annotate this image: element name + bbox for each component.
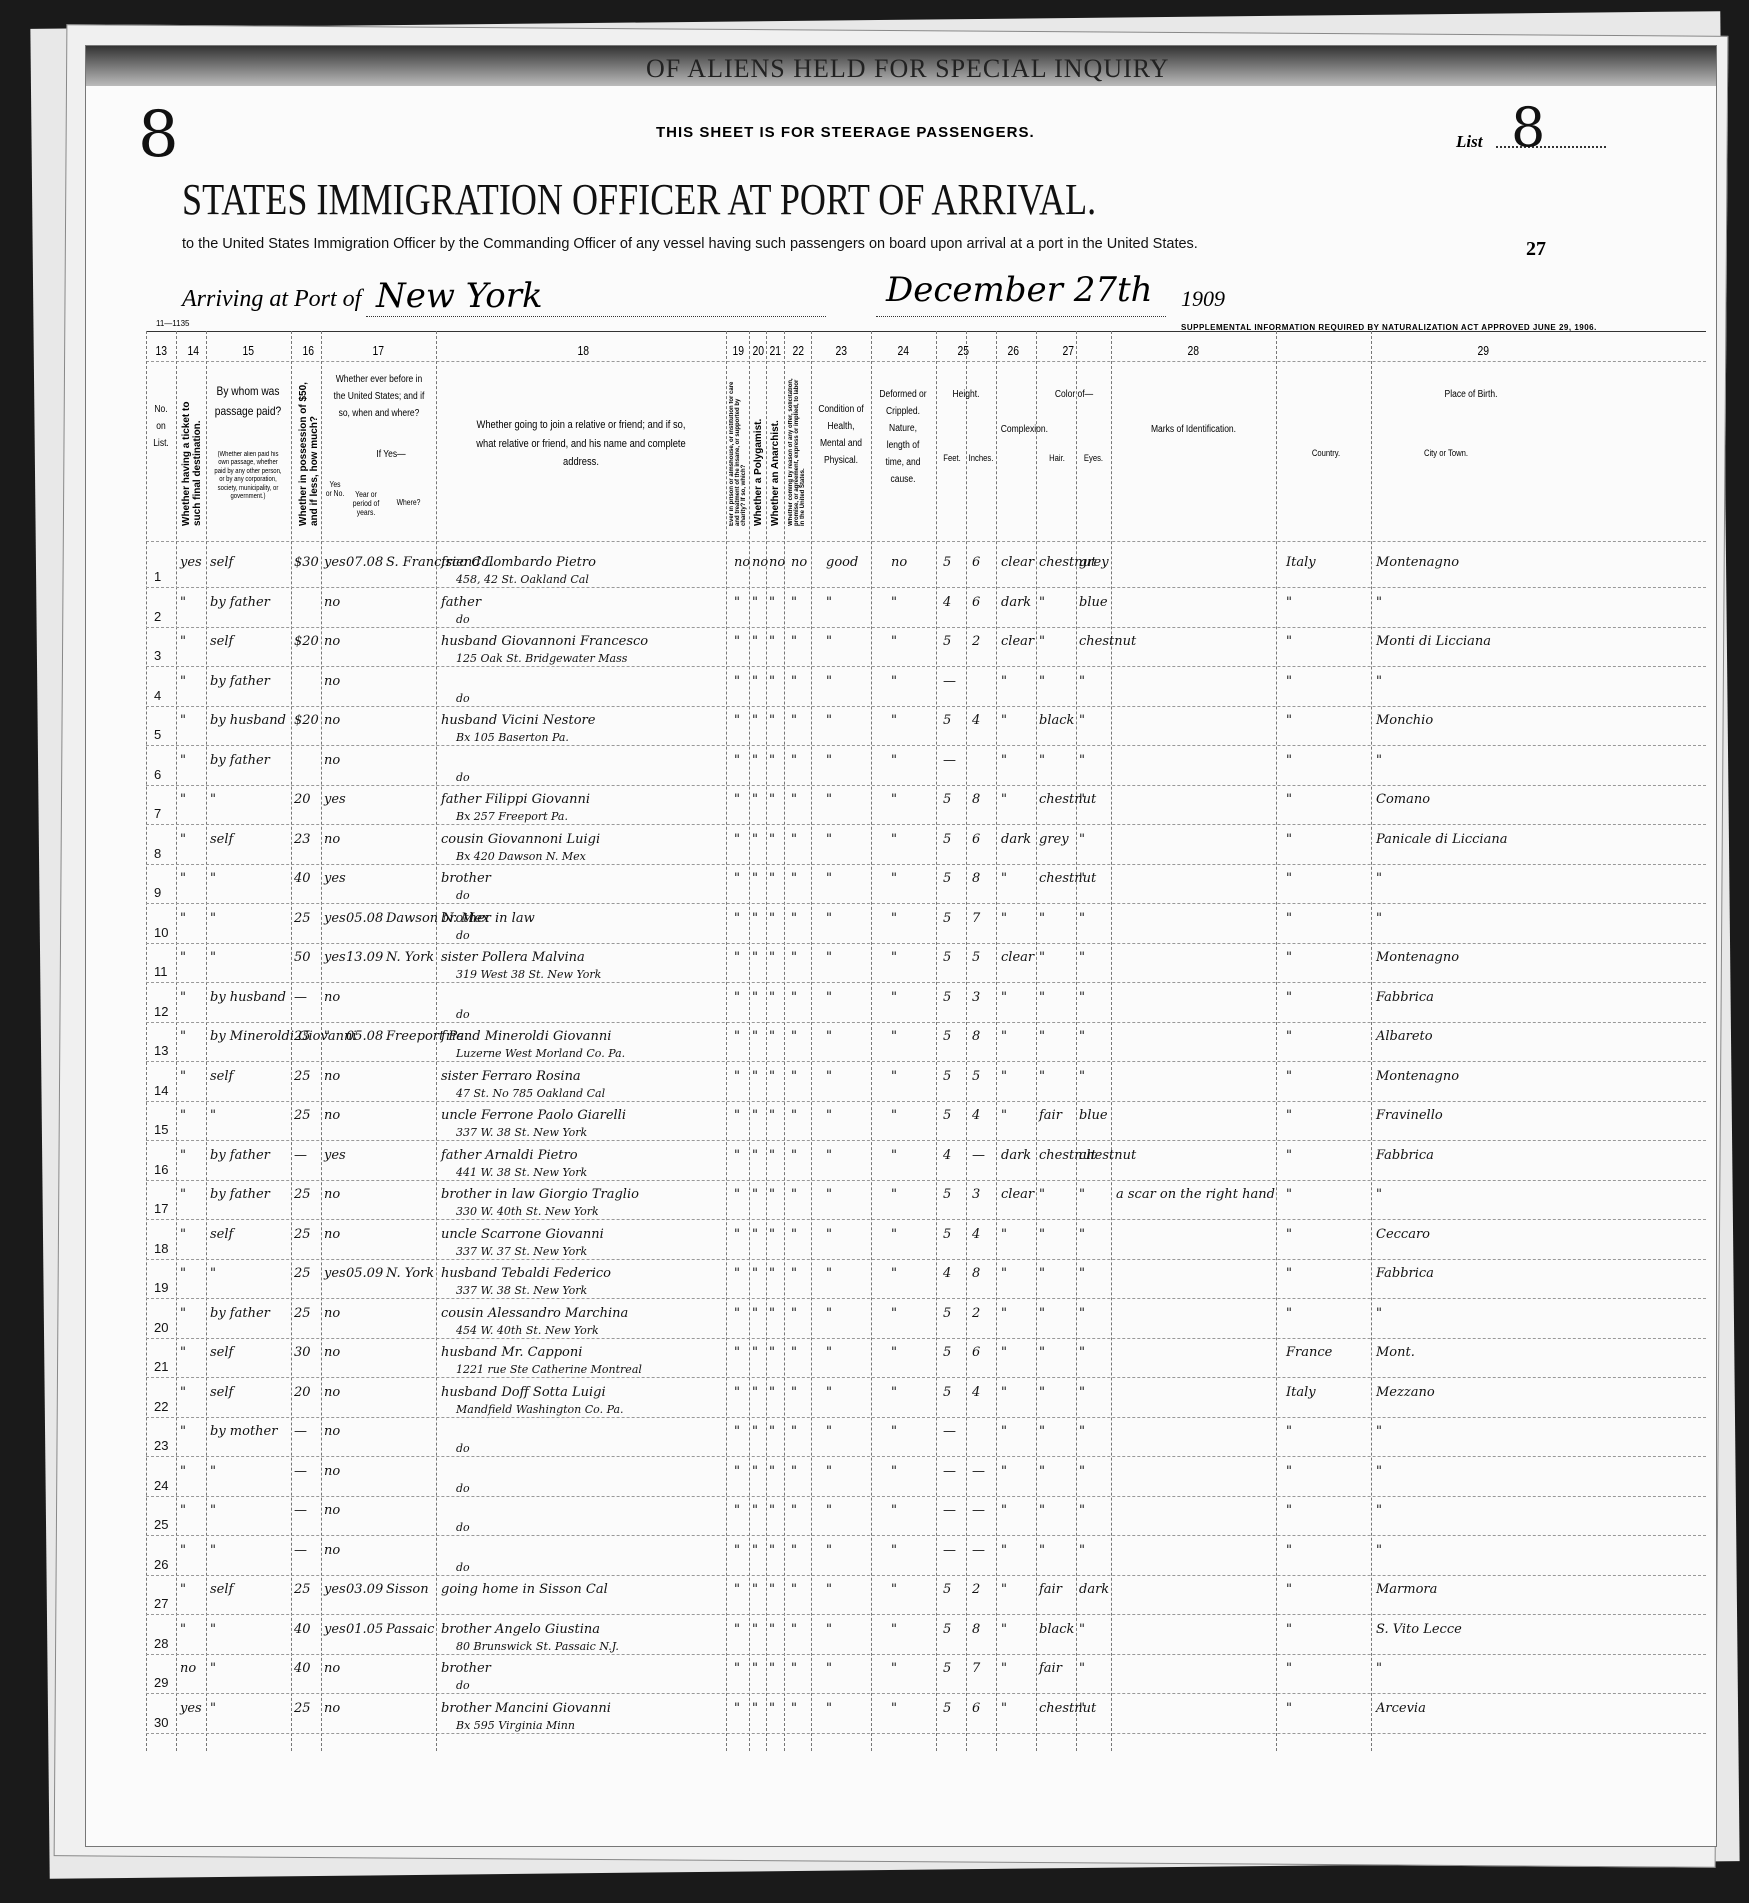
cell-eyes: " [1079, 1069, 1085, 1084]
cell-c22: " [791, 832, 797, 847]
cell-c21: " [769, 1029, 775, 1044]
cell-relative: husband Giovannoni Francesco [441, 634, 648, 649]
table-row: 9""40yesbrother""""""58"chestnut"""do [146, 865, 1706, 903]
cell-ticket: " [180, 792, 186, 807]
cell-paid: by father [210, 1187, 270, 1202]
table-row: 17"by father25nobrother in law Giorgio T… [146, 1181, 1706, 1219]
cell-deformed: " [891, 634, 897, 649]
cell-city: Albareto [1376, 1029, 1433, 1044]
cell-c20: " [752, 634, 758, 649]
cell-c20: " [752, 1503, 758, 1518]
cell-complexion: dark [1001, 832, 1031, 847]
cell-deformed: " [891, 1069, 897, 1084]
cell-inches: 8 [972, 871, 980, 886]
cell-c22: " [791, 1187, 797, 1202]
table-row: 29no"40nobrother""""""57"fair"""do [146, 1655, 1706, 1693]
cell-inches: 7 [972, 911, 980, 926]
cell-c22: " [791, 1266, 797, 1281]
cell-hair: " [1039, 1464, 1045, 1479]
cell-paid: by father [210, 674, 270, 689]
cell-country: " [1286, 832, 1292, 847]
colnum-18: 18 [577, 343, 589, 358]
cell-c19: " [734, 792, 740, 807]
cell-money: 40 [294, 1622, 311, 1637]
cell-before: no [324, 1345, 340, 1360]
cell-relative: father Filippi Giovanni [441, 792, 590, 807]
cell-feet: 5 [943, 1227, 951, 1242]
header-divider [146, 541, 1706, 542]
header-eyes: Eyes. [1079, 451, 1109, 466]
cell-ticket: " [180, 1029, 186, 1044]
cell-c22: " [791, 1069, 797, 1084]
cell-c22: " [791, 1701, 797, 1716]
cell-inches: 4 [972, 713, 980, 728]
cell-no: 19 [154, 1280, 168, 1295]
cell-feet: 5 [943, 1345, 951, 1360]
cell-inches: 8 [972, 1622, 980, 1637]
cell-ticket: " [180, 1108, 186, 1123]
cell-c19: " [734, 832, 740, 847]
header-color-of: Color of— [1043, 386, 1104, 403]
cell-health: " [826, 1385, 832, 1400]
cell-complexion: dark [1001, 1148, 1031, 1163]
cell-c22: " [791, 1385, 797, 1400]
cell-c19: " [734, 1622, 740, 1637]
year-value: 1909 [1181, 286, 1225, 312]
cell-money: 25 [294, 1227, 311, 1242]
cell-city: " [1376, 1543, 1382, 1558]
cell-city: " [1376, 753, 1382, 768]
cell-deformed: " [891, 595, 897, 610]
cell-address: 1221 rue Ste Catherine Montreal [456, 1363, 642, 1376]
cell-address: Bx 420 Dawson N. Mex [456, 850, 586, 863]
cell-complexion: " [1001, 1424, 1007, 1439]
cell-before: no [324, 713, 340, 728]
cell-c19: " [734, 1543, 740, 1558]
cell-hair: " [1039, 1503, 1045, 1518]
cell-c20: " [752, 753, 758, 768]
cell-eyes: " [1079, 1701, 1085, 1716]
cell-ticket: no [180, 1661, 196, 1676]
cell-hair: chestnut [1039, 1701, 1096, 1716]
cell-money: — [294, 1424, 307, 1439]
cell-country: " [1286, 595, 1292, 610]
cell-money: 25 [294, 1187, 311, 1202]
cell-inches: 6 [972, 832, 980, 847]
cell-city: Montenagno [1376, 1069, 1459, 1084]
colnum-26: 26 [1007, 343, 1019, 358]
manifest-table: SUPPLEMENTAL INFORMATION REQUIRED BY NAT… [146, 331, 1706, 1751]
cell-ticket: " [180, 1464, 186, 1479]
cell-feet: 5 [943, 1622, 951, 1637]
cell-no: 3 [154, 648, 161, 663]
table-row: 27"self25yes03.09Sissongoing home in Sis… [146, 1576, 1706, 1614]
header-feet: Feet. [940, 451, 964, 466]
cell-hair: " [1039, 1187, 1045, 1202]
cell-eyes: " [1079, 1622, 1085, 1637]
row-divider [146, 1733, 1706, 1734]
cell-c22: " [791, 1543, 797, 1558]
cell-c19: " [734, 595, 740, 610]
cell-before: yes [324, 792, 346, 807]
cell-money: 25 [294, 1108, 311, 1123]
cell-inches: 6 [972, 555, 980, 570]
cell-c19: " [734, 1069, 740, 1084]
cell-relative: friend Mineroldi Giovanni [441, 1029, 611, 1044]
cell-country: " [1286, 1543, 1292, 1558]
cell-no: 27 [154, 1596, 168, 1611]
cell-inches: 6 [972, 595, 980, 610]
cell-feet: — [943, 1464, 956, 1479]
table-row: 23"by mother—no""""""—"""""do [146, 1418, 1706, 1456]
cell-c20: " [752, 1424, 758, 1439]
cell-before: no [324, 1424, 340, 1439]
cell-paid: by father [210, 595, 270, 610]
date-underline [876, 316, 1166, 317]
header-anarchist: Whether an Anarchist. [770, 376, 781, 526]
cell-c22: " [791, 1622, 797, 1637]
cell-no: 13 [154, 1043, 168, 1058]
cell-country: " [1286, 1464, 1292, 1479]
cell-deformed: " [891, 1385, 897, 1400]
cell-address: do [456, 1561, 470, 1574]
cell-inches: 4 [972, 1108, 980, 1123]
cell-c19: " [734, 1582, 740, 1597]
cell-eyes: " [1079, 1543, 1085, 1558]
table-row: 2"by fathernofather""""""46dark"blue""do [146, 589, 1706, 627]
cell-feet: 5 [943, 990, 951, 1005]
cell-c21: " [769, 1266, 775, 1281]
cell-year: 07.08 [346, 555, 383, 570]
cell-c19: " [734, 753, 740, 768]
header-inches: Inches. [968, 451, 994, 466]
cell-c22: " [791, 595, 797, 610]
table-row: 4"by fatherno""""""—"""""do [146, 668, 1706, 706]
cell-complexion: " [1001, 1661, 1007, 1676]
cell-eyes: blue [1079, 595, 1108, 610]
cell-c19: " [734, 950, 740, 965]
cell-eyes: " [1079, 1464, 1085, 1479]
cell-address: do [456, 889, 470, 902]
cell-money: 40 [294, 1661, 311, 1676]
cell-paid: " [210, 1661, 216, 1676]
cell-paid: self [210, 1582, 233, 1597]
cell-paid: by father [210, 1306, 270, 1321]
cell-money: 25 [294, 1306, 311, 1321]
cell-c20: " [752, 1069, 758, 1084]
cell-health: " [826, 1701, 832, 1716]
cell-inches: — [972, 1503, 985, 1518]
cell-eyes: dark [1079, 1582, 1109, 1597]
cell-no: 20 [154, 1320, 168, 1335]
cell-c21: " [769, 1661, 775, 1676]
cell-country: " [1286, 1266, 1292, 1281]
cell-before: no [324, 634, 340, 649]
cell-no: 10 [154, 925, 168, 940]
table-row: 11""50yes13.09N. Yorksister Pollera Malv… [146, 944, 1706, 982]
cell-c20: " [752, 1227, 758, 1242]
cell-before: no [324, 1503, 340, 1518]
cell-city: Fabbrica [1376, 990, 1434, 1005]
cell-country: " [1286, 1622, 1292, 1637]
cell-inches: 7 [972, 1661, 980, 1676]
cell-eyes: grey [1079, 555, 1109, 570]
cell-c19: " [734, 1701, 740, 1716]
cell-money: 23 [294, 832, 311, 847]
cell-deformed: " [891, 1029, 897, 1044]
cell-country: " [1286, 634, 1292, 649]
cell-c20: " [752, 595, 758, 610]
cell-health: " [826, 1306, 832, 1321]
cell-c22: " [791, 1582, 797, 1597]
cell-city: Marmora [1376, 1582, 1437, 1597]
cell-where: Passaic [386, 1622, 434, 1637]
cell-no: 2 [154, 609, 161, 624]
cell-health: " [826, 1345, 832, 1360]
table-row: 12"by husband—no""""""53""""Fabbricado [146, 984, 1706, 1022]
cell-health: " [826, 634, 832, 649]
cell-paid: by Mineroldi Giovanni [210, 1029, 357, 1044]
cell-complexion: " [1001, 713, 1007, 728]
cell-c22: " [791, 753, 797, 768]
cell-address: do [456, 613, 470, 626]
cell-country: " [1286, 1701, 1292, 1716]
cell-before: " [324, 1029, 330, 1044]
cell-address: Bx 257 Freeport Pa. [456, 810, 568, 823]
cell-deformed: " [891, 1108, 897, 1123]
cell-eyes: " [1079, 713, 1085, 728]
cell-c19: " [734, 1345, 740, 1360]
cell-health: " [826, 1266, 832, 1281]
cell-money: 25 [294, 1069, 311, 1084]
cell-complexion: " [1001, 911, 1007, 926]
cell-c22: " [791, 1661, 797, 1676]
cell-deformed: no [891, 555, 907, 570]
cell-c22: " [791, 792, 797, 807]
cell-deformed: " [891, 1622, 897, 1637]
cell-c21: " [769, 1424, 775, 1439]
cell-c22: " [791, 1108, 797, 1123]
cell-health: good [826, 555, 858, 570]
cell-c19: " [734, 1148, 740, 1163]
cell-c20: " [752, 1543, 758, 1558]
cell-money: 25 [294, 1701, 311, 1716]
header-where: Where? [389, 496, 427, 510]
table-row: 20"by father25nocousin Alessandro Marchi… [146, 1300, 1706, 1338]
cell-where: N. York [386, 1266, 434, 1281]
cell-c21: " [769, 1385, 775, 1400]
cell-no: 11 [154, 964, 168, 979]
cell-c22: " [791, 634, 797, 649]
list-number-right: 8 [1511, 96, 1545, 159]
cell-address: 441 W. 38 St. New York [456, 1166, 587, 1179]
cell-no: 4 [154, 688, 161, 703]
cell-no: 1 [154, 569, 161, 584]
cell-paid: " [210, 1503, 216, 1518]
cell-relative: father Arnaldi Pietro [441, 1148, 578, 1163]
manifest-sheet: OF ALIENS HELD FOR SPECIAL INQUIRY 8 THI… [85, 45, 1717, 1847]
cell-before: yes [324, 1148, 346, 1163]
cell-c20: " [752, 1108, 758, 1123]
list-number-left: 8 [138, 98, 179, 172]
cell-complexion: " [1001, 1266, 1007, 1281]
table-row: 3"self$20nohusband Giovannoni Francesco"… [146, 628, 1706, 666]
cell-deformed: " [891, 1227, 897, 1242]
cell-inches: — [972, 1148, 985, 1163]
table-row: 6"by fatherno""""""—"""""do [146, 747, 1706, 785]
cell-c21: " [769, 1148, 775, 1163]
cell-money: 50 [294, 950, 311, 965]
cell-address: 337 W. 38 St. New York [456, 1284, 587, 1297]
cell-country: " [1286, 871, 1292, 886]
cell-no: 22 [154, 1399, 168, 1414]
cell-paid: by husband [210, 990, 286, 1005]
cell-health: " [826, 1069, 832, 1084]
cell-hair: " [1039, 1306, 1045, 1321]
cell-no: 12 [154, 1004, 168, 1019]
cell-no: 15 [154, 1122, 168, 1137]
cell-inches: 2 [972, 1582, 980, 1597]
cell-no: 17 [154, 1201, 168, 1216]
header-relative-friend: Whether going to join a relative or frie… [466, 416, 696, 472]
cell-marks: a scar on the right hand [1116, 1187, 1275, 1202]
cell-health: " [826, 753, 832, 768]
cell-country: " [1286, 1306, 1292, 1321]
cell-ticket: " [180, 1622, 186, 1637]
cell-ticket: " [180, 753, 186, 768]
cell-feet: 5 [943, 911, 951, 926]
top-strip: OF ALIENS HELD FOR SPECIAL INQUIRY [86, 46, 1716, 86]
cell-complexion: " [1001, 753, 1007, 768]
cell-hair: chestnut [1039, 792, 1096, 807]
cell-ticket: yes [180, 1701, 202, 1716]
cell-c21: " [769, 713, 775, 728]
cell-money: — [294, 1464, 307, 1479]
table-row: 30yes"25nobrother Mancini Giovanni""""""… [146, 1695, 1706, 1733]
cell-no: 5 [154, 727, 161, 742]
cell-c22: " [791, 1424, 797, 1439]
header-passage-note: (Whether alien paid his own passage, whe… [214, 451, 282, 501]
cell-hair: fair [1039, 1582, 1062, 1597]
cell-year: 01.05 [346, 1622, 383, 1637]
cell-c21: " [769, 634, 775, 649]
cell-money: 20 [294, 1385, 311, 1400]
cell-address: do [456, 1521, 470, 1534]
cell-paid: self [210, 832, 233, 847]
cell-c20: " [752, 674, 758, 689]
cell-paid: by father [210, 753, 270, 768]
cell-deformed: " [891, 1582, 897, 1597]
cell-eyes: " [1079, 911, 1085, 926]
cell-before: yes [324, 911, 346, 926]
cell-before: no [324, 753, 340, 768]
cell-before: no [324, 1108, 340, 1123]
cell-country: " [1286, 1661, 1292, 1676]
cell-city: Fabbrica [1376, 1266, 1434, 1281]
cell-feet: 5 [943, 950, 951, 965]
cell-inches: 5 [972, 950, 980, 965]
cell-c22: " [791, 1503, 797, 1518]
cell-city: " [1376, 674, 1382, 689]
cell-health: " [826, 1029, 832, 1044]
cell-before: yes [324, 1622, 346, 1637]
cell-paid: self [210, 555, 233, 570]
cell-eyes: " [1079, 753, 1085, 768]
cell-year: 13.09 [346, 950, 383, 965]
cell-no: 29 [154, 1675, 168, 1690]
cell-ticket: " [180, 1266, 186, 1281]
header-country: Country. [1288, 446, 1365, 461]
colnum-29: 29 [1477, 343, 1489, 358]
cell-money: 25 [294, 1029, 311, 1044]
cell-ticket: " [180, 634, 186, 649]
cell-feet: 5 [943, 1069, 951, 1084]
cell-relative: husband Tebaldi Federico [441, 1266, 611, 1281]
cell-feet: 5 [943, 871, 951, 886]
cell-city: " [1376, 595, 1382, 610]
cell-eyes: " [1079, 832, 1085, 847]
cell-health: " [826, 1108, 832, 1123]
colnum-25: 25 [957, 343, 969, 358]
cell-year: 05.09 [346, 1266, 383, 1281]
cell-hair: " [1039, 1266, 1045, 1281]
cell-inches: 2 [972, 1306, 980, 1321]
cell-deformed: " [891, 950, 897, 965]
cell-city: Montenagno [1376, 950, 1459, 965]
top-strip-text: OF ALIENS HELD FOR SPECIAL INQUIRY [646, 54, 1169, 84]
cell-money: 25 [294, 1582, 311, 1597]
cell-health: " [826, 832, 832, 847]
cell-health: " [826, 1464, 832, 1479]
cell-city: " [1376, 1464, 1382, 1479]
cell-inches: 8 [972, 792, 980, 807]
cell-feet: 4 [943, 1148, 951, 1163]
cell-relative: brother in law [441, 911, 535, 926]
cell-money: 25 [294, 911, 311, 926]
cell-c19: " [734, 1661, 740, 1676]
cell-ticket: " [180, 595, 186, 610]
port-underline [366, 316, 826, 317]
cell-c21: " [769, 990, 775, 1005]
cell-ticket: " [180, 1148, 186, 1163]
cell-hair: fair [1039, 1661, 1062, 1676]
cell-deformed: " [891, 792, 897, 807]
cell-ticket: " [180, 1345, 186, 1360]
cell-inches: — [972, 1543, 985, 1558]
cell-paid: " [210, 871, 216, 886]
cell-c19: " [734, 1227, 740, 1242]
cell-address: do [456, 1482, 470, 1495]
cell-c21: " [769, 753, 775, 768]
cell-country: " [1286, 1424, 1292, 1439]
cell-complexion: " [1001, 1701, 1007, 1716]
cell-no: 23 [154, 1438, 168, 1453]
cell-c19: " [734, 1187, 740, 1202]
header-health: Condition of Health, Mental and Physical… [817, 401, 865, 469]
cell-ticket: " [180, 1069, 186, 1084]
cell-hair: " [1039, 1345, 1045, 1360]
cell-health: " [826, 1227, 832, 1242]
cell-inches: 3 [972, 1187, 980, 1202]
cell-country: " [1286, 792, 1292, 807]
table-row: 5"by husband$20nohusband Vicini Nestore"… [146, 707, 1706, 745]
cell-eyes: " [1079, 1227, 1085, 1242]
cell-country: " [1286, 713, 1292, 728]
cell-year: 03.09 [346, 1582, 383, 1597]
cell-feet: 5 [943, 792, 951, 807]
cell-city: Panicale di Licciana [1376, 832, 1507, 847]
cell-address: Luzerne West Morland Co. Pa. [456, 1047, 625, 1060]
